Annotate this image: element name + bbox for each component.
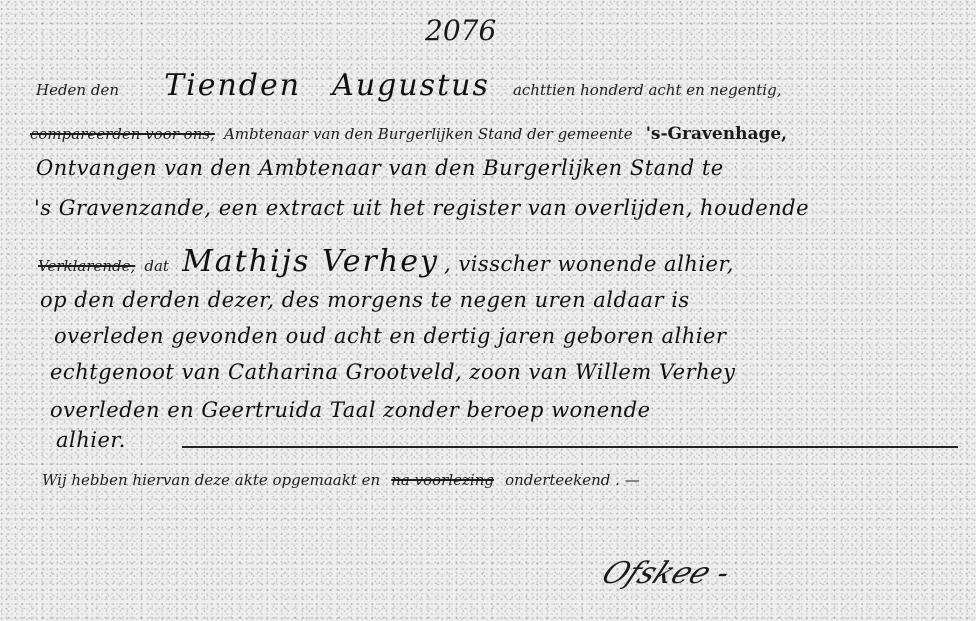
line-3: Ontvangen van den Ambtenaar van den Burg… (36, 156, 724, 180)
printed-text: Heden den (36, 81, 119, 99)
printed-text: Wij hebben hiervan deze akte opgemaakt e… (42, 471, 380, 489)
line-10: alhier. (56, 428, 126, 452)
record-number: 2076 (425, 14, 496, 47)
struck-text: na voorlezing (391, 471, 494, 489)
line-7: overleden gevonden oud acht en dertig ja… (54, 324, 726, 348)
handwritten-month: Augustus (332, 68, 490, 103)
line-11: Wij hebben hiervan deze akte opgemaakt e… (42, 470, 640, 489)
deceased-name: Mathijs Verhey (182, 244, 439, 279)
line-5: Verklarende, dat Mathijs Verhey , vissch… (38, 244, 734, 279)
line-9: overleden en Geertruida Taal zonder bero… (50, 398, 651, 422)
handwritten-text: , visscher wonende alhier, (444, 252, 734, 276)
line-4: 's Gravenzande, een extract uit het regi… (34, 196, 809, 220)
line-8: echtgenoot van Catharina Grootveld, zoon… (50, 360, 735, 384)
line-6: op den derden dezer, des morgens te nege… (40, 288, 690, 312)
printed-text: dat (144, 257, 169, 275)
handwritten-day: Tienden (164, 68, 301, 103)
printed-text: Ambtenaar van den Burgerlijken Stand der… (224, 125, 633, 143)
fill-line-rule (182, 446, 958, 448)
struck-text: compareerden voor ons, (30, 125, 215, 143)
line-1: Heden den Tienden Augustus achttien hond… (36, 68, 781, 103)
signature: Ofskee - (596, 556, 737, 591)
printed-text: onderteekend . — (505, 471, 640, 489)
struck-text: Verklarende, (38, 257, 135, 275)
municipality-name: 's-Gravenhage, (646, 124, 787, 144)
printed-year: achttien honderd acht en negentig, (513, 81, 782, 99)
line-2: compareerden voor ons, Ambtenaar van den… (30, 124, 787, 144)
